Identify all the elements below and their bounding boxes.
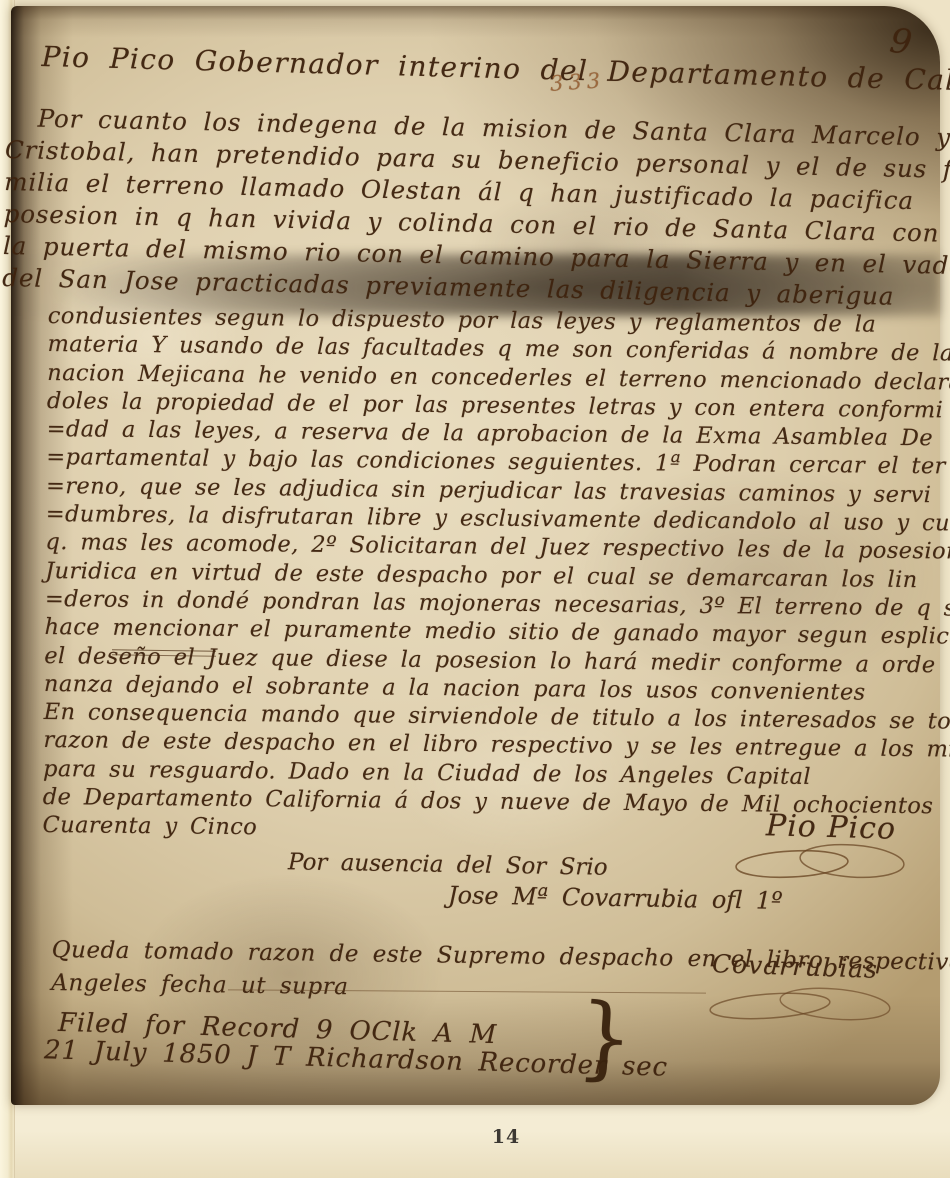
page-number: 14 [492, 1126, 520, 1148]
archive-number-mark: 333 [549, 68, 606, 96]
book-page: { "colors": { "ink": "#3e230e", "paper":… [0, 0, 950, 1178]
secretary-attestation-line: Jose Mª Covarrubia ofl 1º [448, 881, 783, 915]
manuscript-paragraph-2: condusientes segun lo dispuesto por las … [42, 302, 950, 850]
por-ausencia-line: Por ausencia del Sor Srio [288, 849, 608, 881]
covarrubias-rubric-flourish [700, 982, 900, 1030]
filing-brace-mark: } [574, 984, 636, 1093]
covarrubias-signature: Covarrubias [712, 949, 879, 984]
signature-rubric-flourish [730, 838, 915, 890]
manuscript-paragraph-1: Por cuanto los indegena de la mision de … [2, 102, 950, 314]
